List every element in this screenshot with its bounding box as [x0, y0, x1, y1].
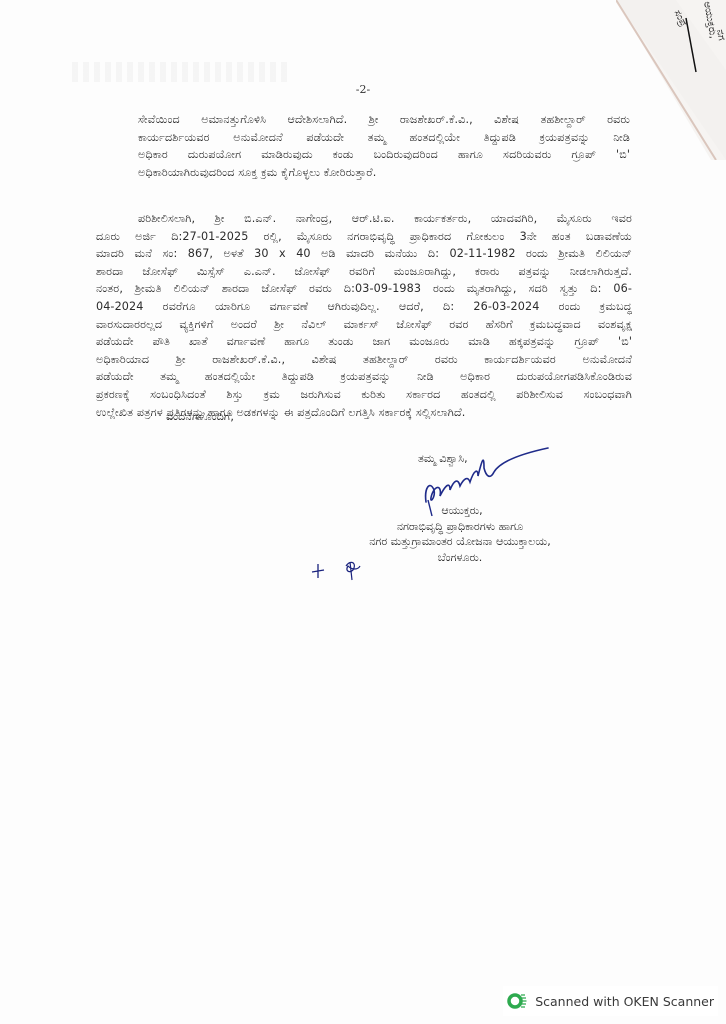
- paragraph-line: ಅಧಿಕಾರಿಯಾದ ಶ್ರೀ ರಾಜಶೇಖರ್.ಕೆ.ವಿ., ವಿಶೇಷ ತ…: [96, 351, 632, 369]
- fold-shape: ಸಂಪ್ರೆ ಆಯುಕ್ತರು, ನಗ: [616, 0, 726, 160]
- paragraph-line: ಪಡೆಯದೇ ಪೌತಿ ಖಾತೆ ವರ್ಗಾವಣೆ ಹಾಗೂ ತುಂಡು ಜಾಗ…: [96, 333, 632, 351]
- svg-text:ನಗ: ನಗ: [714, 29, 726, 42]
- oken-scanner-logo-icon: [507, 991, 527, 1011]
- initials-marks: [310, 556, 370, 582]
- signatory-designation: ಆಯುಕ್ತರು,: [290, 503, 630, 519]
- paragraph-line: ಅಧಿಕಾರಿಯಾಗಿರುವುದರಿಂದ ಸೂಕ್ತ ಕ್ರಮ ಕೈಗೊಳ್ಳಲ…: [138, 164, 630, 182]
- paragraph-line: 04-2024 ರವರೆಗೂ ಯಾರಿಗೂ ವರ್ಗಾವಣೆ ಆಗಿರುವುದಿ…: [96, 298, 632, 316]
- paragraph-line: ವಾರಸುದಾರರಲ್ಲದ ವ್ಯಕ್ತಿಗಳಿಗೆ ಅಂದರೆ ಶ್ರೀ ನೆ…: [96, 316, 632, 334]
- paragraph-verification-details: ಪರಿಶೀಲಿಸಲಾಗಿ, ಶ್ರೀ ಬಿ.ಎನ್. ನಾಗೇಂದ್ರ, ಆರ್…: [96, 210, 632, 421]
- scanned-document-page: ಸಂಪ್ರೆ ಆಯುಕ್ತರು, ನಗ -2- ಸೇವೆಯಿಂದ ಅಮಾನತ್ತ…: [0, 0, 726, 1024]
- paragraph-line: ದೂರು ಅರ್ಜಿ ದಿ:27-01-2025 ರಲ್ಲಿ, ಮೈಸೂರು ನ…: [96, 228, 632, 246]
- faint-bleed-through-text: [72, 62, 292, 82]
- folded-corner-stamp: ಸಂಪ್ರೆ ಆಯುಕ್ತರು, ನಗ: [616, 0, 726, 160]
- paragraph-line: ಅಧಿಕಾರ ದುರುಪಯೋಗ ಮಾಡಿರುವುದು ಕಂಡು ಬಂದಿರುವು…: [138, 146, 630, 164]
- paragraph-line: ಶಾರದಾ ಜೋಸೆಫ್ ಮಿಸ್ಸೆಸ್ ಎ.ಎನ್. ಜೋಸೆಫ್ ರವರಿ…: [96, 263, 632, 281]
- paragraph-line: ಸೇವೆಯಿಂದ ಅಮಾನತ್ತುಗೊಳಿಸಿ ಆದೇಶಿಸಲಾಗಿದೆ. ಶ್…: [138, 111, 630, 129]
- closing-salutation: ವಂದನೆಗಳೊಂದಿಗೆ,: [166, 410, 234, 424]
- signatory-office-line-2: ನಗರ ಮತ್ತುಗ್ರಾಮಾಂತರ ಯೋಜನಾ ಆಯುಕ್ತಾಲಯ,: [290, 534, 630, 550]
- paragraph-line: ನಂತರ, ಶ್ರೀಮತಿ ಲಿಲಿಯನ್ ಶಾರದಾ ಜೋಸೆಫ್ ರವರು …: [96, 280, 632, 298]
- paragraph-line: ಕಾರ್ಯದರ್ಶಿಯವರ ಅನುಮೋದನೆ ಪಡೆಯದೇ ತಮ್ಮ ಹಂತದಲ…: [138, 129, 630, 147]
- paragraph-line: ಪ್ರಕರಣಕ್ಕೆ ಸಂಬಂಧಿಸಿದಂತೆ ಶಿಸ್ತು ಕ್ರಮ ಜರುಗ…: [96, 386, 632, 404]
- paragraph-line: ಪಡೆಯದೇ ತಮ್ಮ ಹಂತದಲ್ಲಿಯೇ ತಿದ್ದುಪಡಿ ಕ್ರಯಪತ್…: [96, 368, 632, 386]
- paragraph-line: ಮಾದರಿ ಮನೆ ಸಂ: 867, ಅಳತೆ 30 x 40 ಅಡಿ ಮಾದರ…: [96, 245, 632, 263]
- scanner-label: Scanned with OKEN Scanner: [535, 994, 714, 1009]
- paragraph-suspension-order: ಸೇವೆಯಿಂದ ಅಮಾನತ್ತುಗೊಳಿಸಿ ಆದೇಶಿಸಲಾಗಿದೆ. ಶ್…: [138, 111, 630, 181]
- page-number: -2-: [0, 83, 726, 96]
- scanner-watermark: Scanned with OKEN Scanner: [503, 986, 718, 1016]
- signatory-office-line-1: ನಗರಾಭಿವೃದ್ಧಿ ಪ್ರಾಧಿಕಾರಗಳು ಹಾಗೂ: [290, 519, 630, 535]
- paragraph-line: ಪರಿಶೀಲಿಸಲಾಗಿ, ಶ್ರೀ ಬಿ.ಎನ್. ನಾಗೇಂದ್ರ, ಆರ್…: [96, 210, 632, 228]
